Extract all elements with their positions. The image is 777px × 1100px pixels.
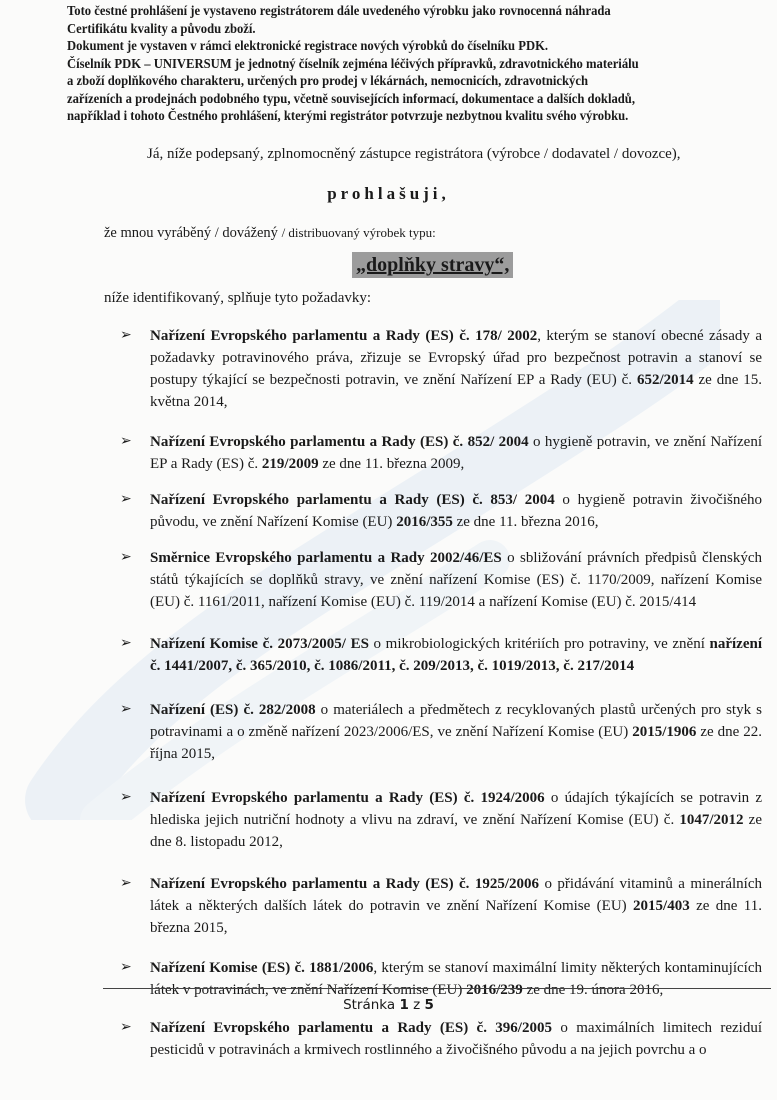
footer-divider (103, 988, 771, 989)
regulation-title: Nařízení Evropského parlamentu a Rady (E… (150, 492, 555, 508)
requirement-item: ➢Nařízení Evropského parlamentu a Rady (… (120, 489, 762, 533)
regulation-title: Nařízení Evropského parlamentu a Rady (E… (150, 790, 545, 806)
regulation-title: Nařízení Komise č. 2073/2005/ ES (150, 636, 369, 652)
regulation-title: Nařízení Evropského parlamentu a Rady (E… (150, 434, 529, 450)
regulation-title: Nařízení Evropského parlamentu a Rady (E… (150, 876, 539, 892)
header-line: zařízeních a prodejnách podobného typu, … (67, 90, 718, 108)
requirement-item: ➢Nařízení Komise č. 2073/2005/ ES o mikr… (120, 633, 762, 677)
requirement-item: ➢Nařízení Komise (ES) č. 1881/2006, kter… (120, 957, 762, 1001)
requirements-list: ➢Nařízení Evropského parlamentu a Rady (… (120, 325, 762, 1061)
amendment-number: 1047/2012 (679, 812, 743, 828)
amendment-number: 2015/403 (633, 898, 690, 914)
page-number: Stránka 1 z 5 (0, 997, 777, 1013)
arrowhead-bullet-icon: ➢ (120, 633, 132, 655)
arrowhead-bullet-icon: ➢ (120, 325, 132, 347)
intro-text: Já, níže podepsaný, zplnomocněný zástupc… (147, 146, 681, 163)
arrowhead-bullet-icon: ➢ (120, 1017, 132, 1039)
requirement-item: ➢Nařízení Evropského parlamentu a Rady (… (120, 325, 762, 413)
page-sep: z (409, 997, 425, 1013)
arrowhead-bullet-icon: ➢ (120, 873, 132, 895)
requirement-item: ➢Nařízení Evropského parlamentu a Rady (… (120, 431, 762, 475)
header-line: Certifikátu kvality a původu zboží. (67, 20, 718, 38)
amendment-number: 2016/239 (466, 982, 523, 998)
regulation-title: Nařízení (ES) č. 282/2008 (150, 702, 316, 718)
requirement-item: ➢Nařízení Evropského parlamentu a Rady (… (120, 873, 762, 939)
identified-text: níže identifikovaný, splňuje tyto požada… (104, 290, 371, 307)
arrowhead-bullet-icon: ➢ (120, 431, 132, 453)
type-line-suffix: / distribuovaný výrobek typu: (282, 225, 436, 240)
requirement-item: ➢Směrnice Evropského parlamentu a Rady 2… (120, 547, 762, 613)
header-line: a zboží doplňkového charakteru, určených… (67, 72, 718, 90)
requirement-item: ➢Nařízení Evropského parlamentu a Rady (… (120, 787, 762, 853)
page-current: 1 (399, 997, 408, 1013)
declaration-heading: prohlašuji, (0, 184, 777, 204)
header-notice: Toto čestné prohlášení je vystaveno regi… (67, 2, 718, 125)
regulation-title: Nařízení Evropského parlamentu a Rady (E… (150, 1020, 552, 1036)
arrowhead-bullet-icon: ➢ (120, 489, 132, 511)
page-label: Stránka (343, 997, 399, 1013)
type-line-prefix: že mnou vyráběný / dovážený (104, 225, 282, 241)
header-line: Toto čestné prohlášení je vystaveno regi… (67, 2, 718, 20)
page-total: 5 (425, 997, 434, 1013)
product-type-line: že mnou vyráběný / dovážený / distribuov… (104, 225, 436, 242)
amendment-number: 219/2009 (262, 456, 319, 472)
amendment-number: 2016/355 (396, 514, 453, 530)
regulation-title: Směrnice Evropského parlamentu a Rady 20… (150, 550, 502, 566)
arrowhead-bullet-icon: ➢ (120, 787, 132, 809)
arrowhead-bullet-icon: ➢ (120, 957, 132, 979)
header-line: například i tohoto Čestného prohlášení, … (67, 107, 718, 125)
arrowhead-bullet-icon: ➢ (120, 699, 132, 721)
regulation-title: Nařízení Evropského parlamentu a Rady (E… (150, 328, 537, 344)
requirement-item: ➢Nařízení Evropského parlamentu a Rady (… (120, 1017, 762, 1061)
amendment-number: 2015/1906 (632, 724, 696, 740)
header-line: Číselník PDK – UNIVERSUM je jednotný čís… (67, 55, 718, 73)
requirement-item: ➢Nařízení (ES) č. 282/2008 o materiálech… (120, 699, 762, 765)
header-line: Dokument je vystaven v rámci elektronick… (67, 37, 718, 55)
arrowhead-bullet-icon: ➢ (120, 547, 132, 569)
amendment-number: 652/2014 (637, 372, 694, 388)
product-type-highlight: „doplňky stravy“, (352, 252, 513, 278)
regulation-title: Nařízení Komise (ES) č. 1881/2006 (150, 960, 373, 976)
